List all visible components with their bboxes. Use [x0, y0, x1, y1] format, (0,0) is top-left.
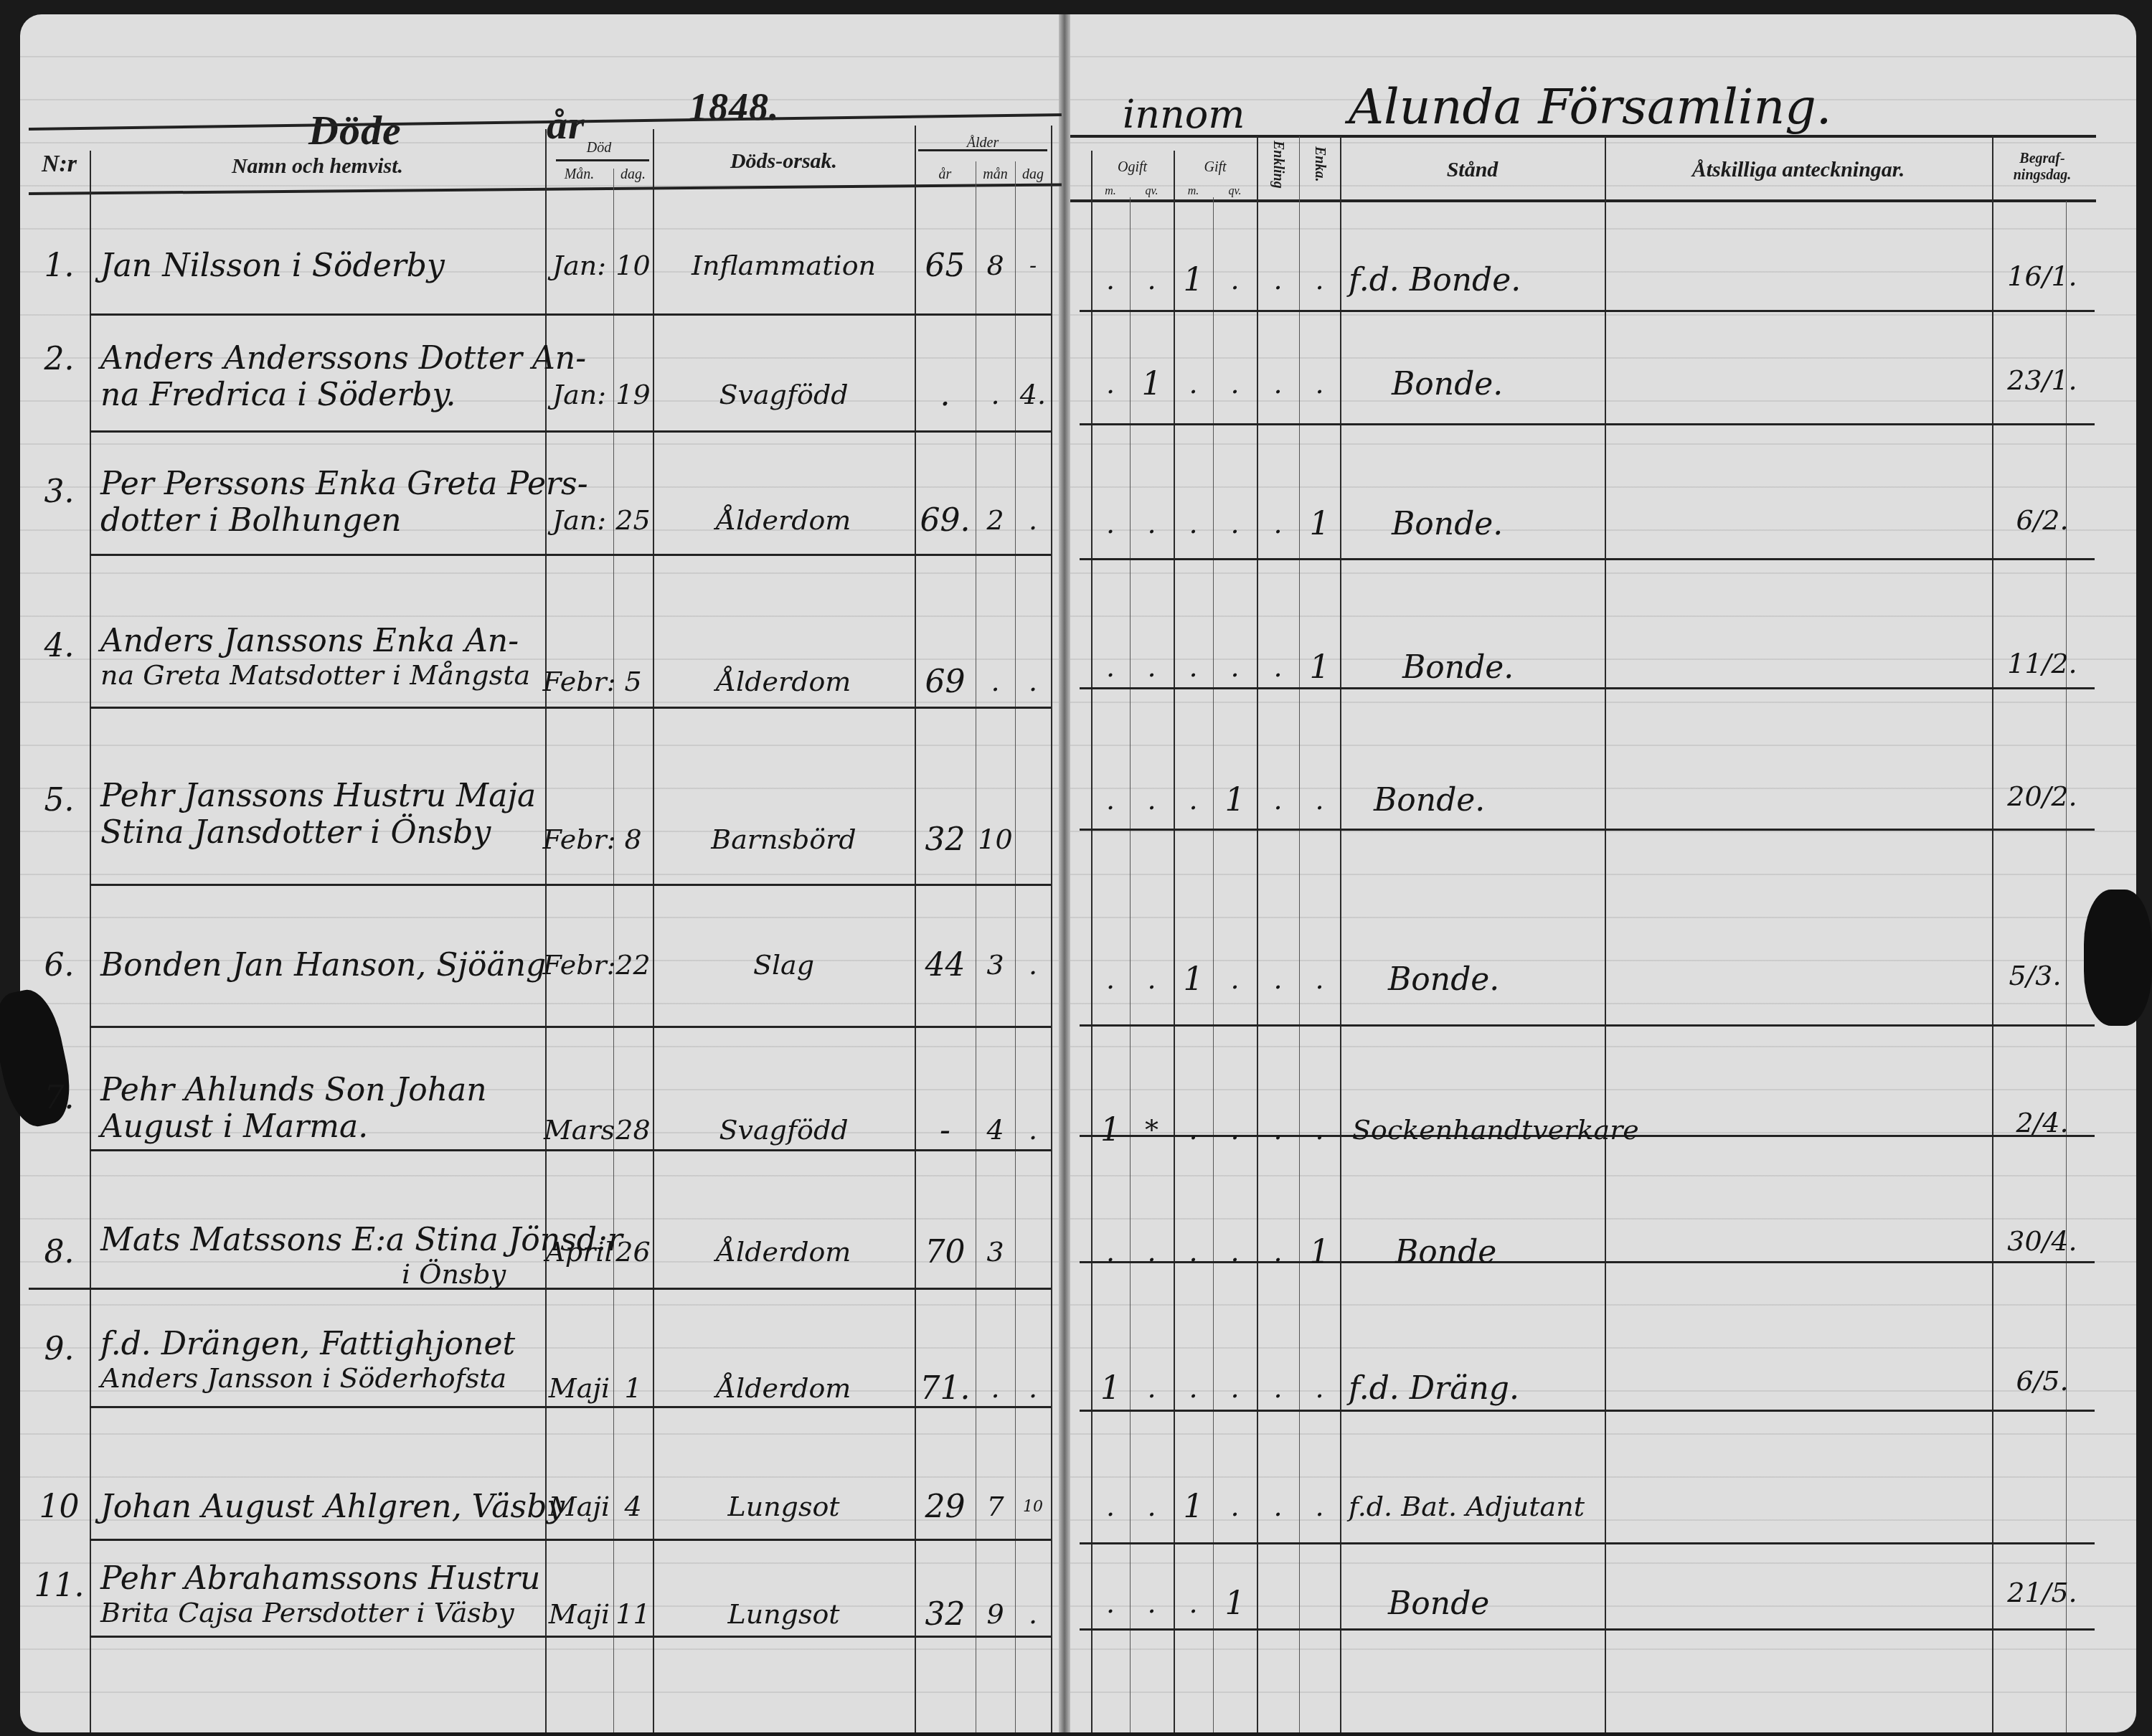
widower: .: [1257, 502, 1299, 545]
age-days: .: [1015, 660, 1051, 703]
entry-name-line: i Önsby: [100, 1258, 545, 1290]
married-male: 1: [1174, 258, 1213, 301]
death-day: 8: [613, 818, 653, 861]
entry-number: 9.: [29, 1327, 90, 1370]
unmarried-female: .: [1130, 958, 1174, 1001]
death-day: 26: [613, 1230, 653, 1273]
entry-name-line: Pehr Janssons Hustru Maja: [100, 778, 545, 814]
social-status: Bonde: [1388, 1582, 1605, 1625]
married-female: .: [1213, 1230, 1257, 1273]
row-rule: [1080, 310, 2095, 312]
death-day: 10: [613, 244, 653, 287]
cause-of-death: Slag: [653, 943, 915, 986]
died-subrule: [556, 159, 649, 161]
death-month: April: [545, 1230, 613, 1273]
age-days: .: [1015, 1367, 1051, 1410]
entry-number: 3.: [29, 470, 90, 513]
unmarried-male: .: [1091, 258, 1130, 301]
age-years: .: [915, 373, 976, 416]
entry-name-line: Brita Cajsa Persdotter i Väsby: [100, 1597, 545, 1628]
burial-date: 20/2.: [1992, 775, 2092, 818]
married-female: .: [1213, 1485, 1257, 1528]
death-day: 11: [613, 1593, 653, 1636]
married-male: .: [1174, 362, 1213, 405]
social-status: Bonde.: [1402, 646, 1605, 689]
col-header-status: Stånd: [1340, 158, 1605, 182]
entry-name-line: Bonden Jan Hanson, Sjöäng: [100, 947, 545, 983]
unmarried-female: .: [1130, 778, 1174, 821]
entry-name-line: Mats Matssons E:a Stina Jönsd:r: [100, 1222, 545, 1258]
widow: .: [1299, 258, 1340, 301]
entry-name-line: na Greta Matsdotter i Mångsta: [100, 659, 545, 691]
header-top-rule-right: [1070, 135, 2096, 138]
death-month: Febr:: [545, 943, 613, 986]
unmarried-male: .: [1091, 646, 1130, 689]
entry-name-line: Per Perssons Enka Greta Pers-: [100, 466, 545, 502]
entry-name-line: Pehr Abrahamssons Hustru: [100, 1560, 545, 1597]
unmarried-male: 1: [1091, 1367, 1130, 1410]
within-label: innom: [1123, 92, 1245, 137]
entry-name-line: Johan August Ahlgren, Väsby: [100, 1489, 545, 1525]
widower: [1257, 1582, 1299, 1625]
row-rule: [1080, 1410, 2095, 1412]
notes: [1605, 778, 1992, 821]
col-line: [1051, 126, 1052, 1732]
unmarried-male: .: [1091, 362, 1130, 405]
cause-of-death: Barnsbörd: [653, 818, 915, 861]
widower: .: [1257, 1485, 1299, 1528]
row-rule: [90, 430, 1051, 433]
age-days: .: [1015, 943, 1051, 986]
entry-number: 7.: [29, 1076, 90, 1119]
widower: .: [1257, 958, 1299, 1001]
cause-of-death: Svagfödd: [653, 373, 915, 416]
widower: .: [1257, 362, 1299, 405]
col-header-died-month: Mån.: [545, 166, 613, 183]
social-status: f.d. Bonde.: [1349, 258, 1605, 301]
social-status: f.d. Dräng.: [1349, 1367, 1605, 1410]
age-days: -: [1015, 244, 1051, 287]
married-female: .: [1213, 958, 1257, 1001]
col-header-notes: Åtskilliga anteckningar.: [1605, 158, 1992, 182]
cause-of-death: Inflammation: [653, 244, 915, 287]
col-line: [90, 151, 91, 1732]
married-female: .: [1213, 646, 1257, 689]
widow: [1299, 1582, 1340, 1625]
burial-date: 11/2.: [1992, 642, 2092, 685]
entry-number: 11.: [29, 1564, 90, 1607]
married-male: .: [1174, 778, 1213, 821]
cause-of-death: Lungsot: [653, 1593, 915, 1636]
notes: [1605, 1485, 1992, 1528]
col-header-died: Död: [545, 140, 653, 156]
burial-date: 16/1.: [1992, 255, 2092, 298]
parish-name: Alunda Församling.: [1349, 79, 1831, 136]
married-female: .: [1213, 1108, 1257, 1151]
unmarried-female: .: [1130, 1485, 1174, 1528]
row-rule: [90, 313, 1051, 316]
col-header-married-qv: qv.: [1213, 185, 1257, 198]
age-days: .: [1015, 1593, 1051, 1636]
married-male: .: [1174, 502, 1213, 545]
widow: .: [1299, 958, 1340, 1001]
death-month: Jan:: [545, 373, 613, 416]
row-rule: [1080, 1542, 2095, 1544]
death-month: Maji: [545, 1593, 613, 1636]
col-header-nr: N:r: [29, 151, 90, 178]
notes: [1605, 646, 1992, 689]
married-female: .: [1213, 258, 1257, 301]
entry-number: 5.: [29, 778, 90, 821]
cause-of-death: Ålderdom: [653, 1367, 915, 1410]
burial-date: 23/1.: [1992, 359, 2092, 402]
age-days: 4.: [1015, 373, 1051, 416]
death-day: 28: [613, 1108, 653, 1151]
cause-of-death: Ålderdom: [653, 499, 915, 542]
age-months: .: [976, 660, 1015, 703]
notes: [1605, 258, 1992, 301]
unmarried-female: .: [1130, 1367, 1174, 1410]
age-days: [1015, 818, 1051, 861]
row-rule: [1080, 1628, 2095, 1631]
unmarried-female: .: [1130, 258, 1174, 301]
unmarried-female: .: [1130, 502, 1174, 545]
year-value: 1848.: [689, 85, 780, 129]
widow: 1: [1299, 646, 1340, 689]
age-months: .: [976, 373, 1015, 416]
married-male: .: [1174, 1230, 1213, 1273]
married-female: .: [1213, 1367, 1257, 1410]
row-rule: [1080, 558, 2095, 560]
age-years: 29: [915, 1485, 976, 1528]
age-months: 4: [976, 1108, 1015, 1151]
unmarried-male: 1: [1091, 1108, 1130, 1151]
unmarried-female: .: [1130, 646, 1174, 689]
age-years: 69.: [915, 499, 976, 542]
death-month: Febr:: [545, 660, 613, 703]
burial-date: [1992, 1485, 2092, 1528]
notes: [1605, 362, 1992, 405]
death-day: 1: [613, 1367, 653, 1410]
burial-date: 30/4.: [1992, 1220, 2092, 1263]
unmarried-male: .: [1091, 778, 1130, 821]
death-month: Jan:: [545, 244, 613, 287]
widower: .: [1257, 646, 1299, 689]
col-header-unmarried: Ogift: [1091, 159, 1174, 176]
cause-of-death: Ålderdom: [653, 660, 915, 703]
age-subrule: [918, 149, 1047, 151]
death-day: 22: [613, 943, 653, 986]
book-binding: [1059, 14, 1070, 1732]
row-rule: [90, 884, 1051, 886]
row-rule: [90, 1636, 1051, 1638]
age-years: 70: [915, 1230, 976, 1273]
widower: .: [1257, 1230, 1299, 1273]
row-rule: [1080, 423, 2095, 425]
col-header-widow: Enka.: [1311, 146, 1328, 204]
social-status: Bonde.: [1388, 958, 1605, 1001]
col-header-name: Namn och hemvist.: [90, 154, 545, 179]
age-years: -: [915, 1108, 976, 1151]
entry-name-line: dotter i Bolhungen: [100, 502, 545, 539]
widow: .: [1299, 362, 1340, 405]
widower: .: [1257, 778, 1299, 821]
widower: .: [1257, 1367, 1299, 1410]
age-months: 8: [976, 244, 1015, 287]
notes: [1605, 1582, 1992, 1625]
notes: [1605, 502, 1992, 545]
death-month: Jan:: [545, 499, 613, 542]
entry-name-line: Anders Jansson i Söderhofsta: [100, 1362, 545, 1394]
widow: .: [1299, 1367, 1340, 1410]
entry-name-line: f.d. Drängen, Fattighjonet: [100, 1326, 545, 1362]
col-header-cause: Döds-orsak.: [653, 149, 915, 174]
col-header-died-day: dag.: [613, 166, 653, 183]
entry-name-line: Pehr Ahlunds Son Johan: [100, 1072, 545, 1108]
unmarried-male: .: [1091, 958, 1130, 1001]
burial-date: 6/5.: [1992, 1359, 2092, 1402]
death-day: 5: [613, 660, 653, 703]
married-male: 1: [1174, 958, 1213, 1001]
entry-number: 10: [29, 1485, 90, 1528]
age-months: 9: [976, 1593, 1015, 1636]
married-female: 1: [1213, 778, 1257, 821]
widow: .: [1299, 778, 1340, 821]
unmarried-male: .: [1091, 1485, 1130, 1528]
col-header-unmarried-m: m.: [1091, 185, 1130, 198]
age-days: .: [1015, 499, 1051, 542]
unmarried-male: .: [1091, 1230, 1130, 1273]
age-days: .: [1015, 1108, 1051, 1151]
death-month: Mars: [545, 1108, 613, 1151]
age-years: 32: [915, 1593, 976, 1636]
age-years: 71.: [915, 1367, 976, 1410]
burial-date: 21/5.: [1992, 1571, 2092, 1614]
burial-date: 5/3.: [1992, 954, 2078, 997]
widow: 1: [1299, 1230, 1340, 1273]
married-male: .: [1174, 1108, 1213, 1151]
entry-name-line: Anders Janssons Enka An-: [100, 623, 545, 659]
unmarried-female: .: [1130, 1582, 1174, 1625]
entry-name-line: August i Marma.: [100, 1108, 545, 1145]
age-months: 3: [976, 943, 1015, 986]
unmarried-male: .: [1091, 502, 1130, 545]
entry-number: 1.: [29, 244, 90, 287]
row-rule: [1080, 829, 2095, 831]
age-months: 10: [976, 818, 1015, 861]
notes: [1605, 1230, 1992, 1273]
married-male: 1: [1174, 1485, 1213, 1528]
married-male: .: [1174, 1582, 1213, 1625]
entry-number: 8.: [29, 1230, 90, 1273]
unmarried-male: .: [1091, 1582, 1130, 1625]
age-days: 10: [1015, 1485, 1051, 1528]
death-month: Maji: [545, 1367, 613, 1410]
social-status: Sockenhandtverkare: [1352, 1108, 1605, 1151]
row-rule: [90, 707, 1051, 709]
row-rule: [90, 1539, 1051, 1541]
unmarried-female: .: [1130, 1230, 1174, 1273]
widower: .: [1257, 258, 1299, 301]
age-years: 32: [915, 818, 976, 861]
col-header-married-m: m.: [1174, 185, 1213, 198]
entry-number: 4.: [29, 624, 90, 667]
notes: [1605, 958, 1992, 1001]
married-female: 1: [1213, 1582, 1257, 1625]
col-line: [1340, 136, 1341, 1732]
married-female: .: [1213, 362, 1257, 405]
col-header-burial-day: Begraf-ningsdag.: [1992, 151, 2092, 184]
notes: [1605, 1108, 1992, 1151]
cause-of-death: Ålderdom: [653, 1230, 915, 1273]
widower: .: [1257, 1108, 1299, 1151]
entry-number: 6.: [29, 943, 90, 986]
death-day: 19: [613, 373, 653, 416]
entry-number: 2.: [29, 337, 90, 380]
unmarried-female: *: [1130, 1108, 1174, 1151]
row-rule: [1080, 1024, 2095, 1027]
age-months: 7: [976, 1485, 1015, 1528]
entry-name-line: na Fredrica i Söderby.: [100, 377, 545, 413]
age-years: 69: [915, 660, 976, 703]
cause-of-death: Lungsot: [653, 1485, 915, 1528]
social-status: f.d. Bat. Adjutant: [1349, 1485, 1605, 1528]
social-status: Bonde.: [1392, 362, 1605, 405]
widow: 1: [1299, 502, 1340, 545]
col-header-married: Gift: [1174, 159, 1257, 176]
burial-date: 6/2.: [1992, 499, 2092, 542]
age-years: 44: [915, 943, 976, 986]
age-months: 2: [976, 499, 1015, 542]
col-header-age-months: mån: [976, 166, 1015, 183]
col-header-widower: Enkling: [1270, 141, 1286, 205]
col-header-age-years: år: [915, 166, 976, 183]
register-title: Döde: [308, 106, 402, 154]
cause-of-death: Svagfödd: [653, 1108, 915, 1151]
social-status: Bonde.: [1392, 502, 1605, 545]
notes: [1605, 1367, 1992, 1410]
age-months: .: [976, 1367, 1015, 1410]
married-male: .: [1174, 1367, 1213, 1410]
death-day: 25: [613, 499, 653, 542]
col-header-age-days: dag: [1015, 166, 1051, 183]
row-rule: [90, 1026, 1051, 1028]
row-rule: [90, 554, 1051, 556]
widow: .: [1299, 1108, 1340, 1151]
entry-name-line: Anders Anderssons Dotter An-: [100, 340, 545, 377]
death-month: Febr:: [545, 818, 613, 861]
col-header-unmarried-qv: qv.: [1130, 185, 1174, 198]
death-month: Maji: [545, 1485, 613, 1528]
age-months: 3: [976, 1230, 1015, 1273]
married-female: .: [1213, 502, 1257, 545]
social-status: Bonde: [1395, 1230, 1605, 1273]
death-day: 4: [613, 1485, 653, 1528]
header-bottom-rule-right: [1070, 199, 2096, 202]
entry-name-line: Stina Jansdotter i Önsby: [100, 814, 545, 851]
clip-right: [2084, 890, 2152, 1026]
unmarried-female: 1: [1130, 362, 1174, 405]
social-status: Bonde.: [1374, 778, 1605, 821]
age-days: [1015, 1230, 1051, 1273]
widow: .: [1299, 1485, 1340, 1528]
age-years: 65: [915, 244, 976, 287]
married-male: .: [1174, 646, 1213, 689]
burial-date: 2/4.: [1992, 1101, 2092, 1144]
entry-name-line: Jan Nilsson i Söderby: [100, 247, 545, 284]
